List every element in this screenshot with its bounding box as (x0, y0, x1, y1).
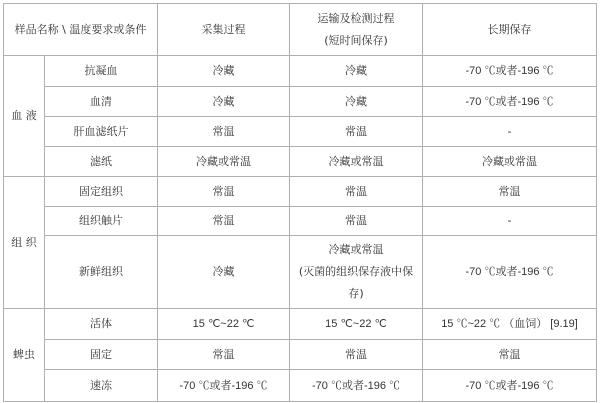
table-row: 组织触片 常温 常温 - (4, 207, 597, 236)
long-term-cell: 15 ℃~22 ℃ （血饲） [9.19] (423, 309, 597, 340)
sample-cell: 滤纸 (45, 147, 158, 177)
table-row: 滤纸 冷藏或常温 冷藏或常温 冷藏或常温 (4, 147, 597, 177)
long-term-cell: 冷藏或常温 (423, 147, 597, 177)
transport-line1: 冷藏或常温 (292, 239, 420, 261)
long-term-cell: -70 ℃或者-196 ℃ (423, 236, 597, 309)
header-sample-condition: 样品名称 \ 温度要求或条件 (4, 4, 158, 56)
collection-cell: 15 ℃~22 ℃ (158, 309, 290, 340)
collection-cell: 冷藏或常温 (158, 147, 290, 177)
long-term-cell: -70 ℃或者-196 ℃ (423, 87, 597, 117)
collection-cell: 常温 (158, 207, 290, 236)
collection-cell: -70 ℃或者-196 ℃ (158, 370, 290, 402)
long-term-cell: -70 ℃或者-196 ℃ (423, 56, 597, 87)
transport-cell: 冷藏 (290, 87, 423, 117)
collection-cell: 冷藏 (158, 236, 290, 309)
sample-storage-table: 样品名称 \ 温度要求或条件 采集过程 运输及检测过程 (短时间保存) 长期保存… (3, 3, 597, 402)
sample-cell: 固定 (45, 340, 158, 370)
table-row: 固定 常温 常温 常温 (4, 340, 597, 370)
group-label-blood: 血 液 (4, 56, 45, 177)
sample-cell: 组织触片 (45, 207, 158, 236)
long-term-cell: -70 ℃或者-196 ℃ (423, 370, 597, 402)
collection-cell: 常温 (158, 177, 290, 207)
group-label-tissue: 组 织 (4, 177, 45, 309)
header-transport-line1: 运输及检测过程 (292, 8, 420, 30)
table-row: 蜱虫 活体 15 ℃~22 ℃ 15 ℃~22 ℃ 15 ℃~22 ℃ （血饲）… (4, 309, 597, 340)
transport-cell: 15 ℃~22 ℃ (290, 309, 423, 340)
table-row: 速冻 -70 ℃或者-196 ℃ -70 ℃或者-196 ℃ -70 ℃或者-1… (4, 370, 597, 402)
transport-cell: -70 ℃或者-196 ℃ (290, 370, 423, 402)
sample-cell: 抗凝血 (45, 56, 158, 87)
table-row: 血清 冷藏 冷藏 -70 ℃或者-196 ℃ (4, 87, 597, 117)
header-transport-line2: (短时间保存) (292, 30, 420, 52)
group-label-tick: 蜱虫 (4, 309, 45, 402)
transport-cell: 常温 (290, 117, 423, 147)
transport-cell: 冷藏或常温 (灭菌的组织保存液中保 存) (290, 236, 423, 309)
sample-cell: 血清 (45, 87, 158, 117)
sample-cell: 固定组织 (45, 177, 158, 207)
collection-cell: 冷藏 (158, 87, 290, 117)
transport-cell: 冷藏或常温 (290, 147, 423, 177)
transport-line3: 存) (292, 283, 420, 305)
sample-cell: 新鲜组织 (45, 236, 158, 309)
transport-line2: (灭菌的组织保存液中保 (292, 261, 420, 283)
sample-cell: 速冻 (45, 370, 158, 402)
table-row: 肝血滤纸片 常温 常温 - (4, 117, 597, 147)
transport-cell: 常温 (290, 340, 423, 370)
table-row: 组 织 固定组织 常温 常温 常温 (4, 177, 597, 207)
transport-cell: 常温 (290, 177, 423, 207)
collection-cell: 常温 (158, 340, 290, 370)
header-row: 样品名称 \ 温度要求或条件 采集过程 运输及检测过程 (短时间保存) 长期保存 (4, 4, 597, 56)
transport-cell: 冷藏 (290, 56, 423, 87)
header-transport: 运输及检测过程 (短时间保存) (290, 4, 423, 56)
long-term-cell: 常温 (423, 340, 597, 370)
header-collection: 采集过程 (158, 4, 290, 56)
sample-cell: 肝血滤纸片 (45, 117, 158, 147)
sample-cell: 活体 (45, 309, 158, 340)
long-term-cell: - (423, 117, 597, 147)
collection-cell: 冷藏 (158, 56, 290, 87)
long-term-cell: - (423, 207, 597, 236)
header-long-term: 长期保存 (423, 4, 597, 56)
collection-cell: 常温 (158, 117, 290, 147)
table-row: 血 液 抗凝血 冷藏 冷藏 -70 ℃或者-196 ℃ (4, 56, 597, 87)
long-term-cell: 常温 (423, 177, 597, 207)
table-row: 新鲜组织 冷藏 冷藏或常温 (灭菌的组织保存液中保 存) -70 ℃或者-196… (4, 236, 597, 309)
transport-cell: 常温 (290, 207, 423, 236)
